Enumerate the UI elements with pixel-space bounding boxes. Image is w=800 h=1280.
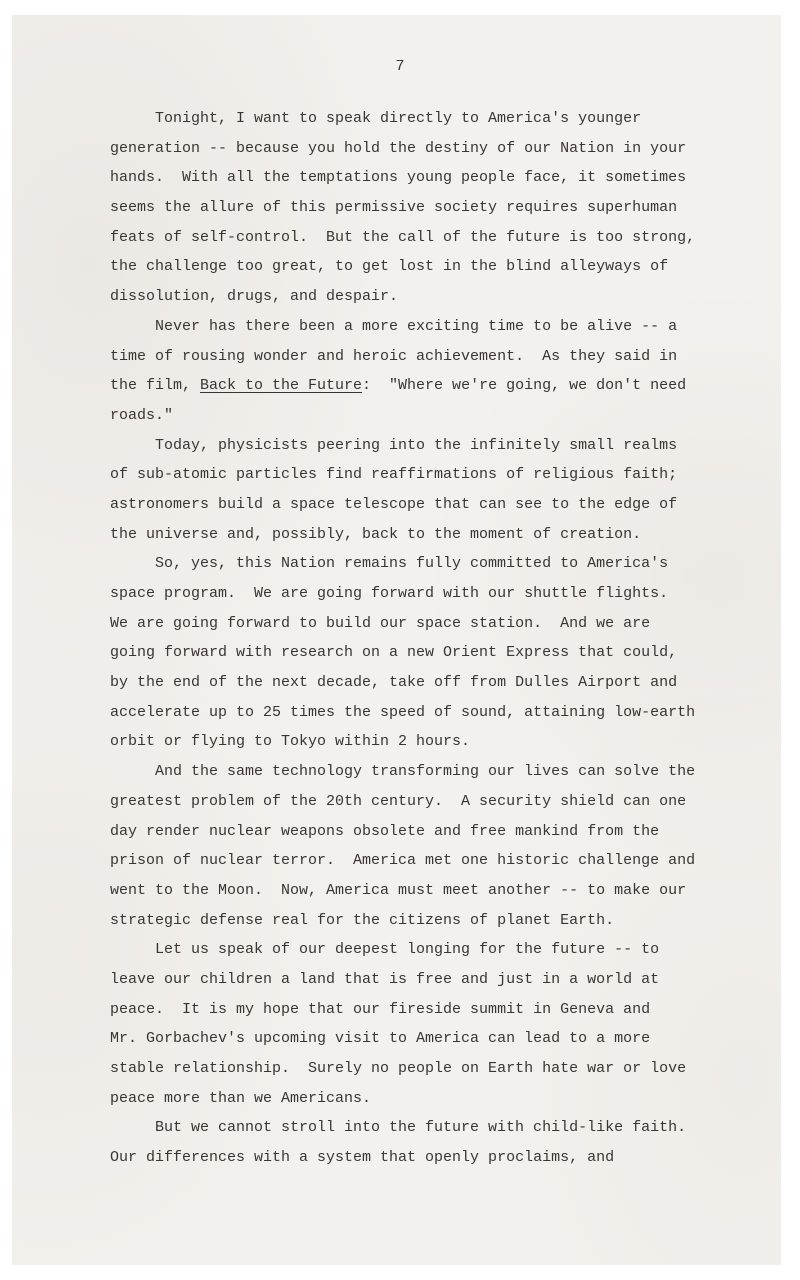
text-line: strategic defense real for the citizens … xyxy=(110,906,730,936)
text-line: Let us speak of our deepest longing for … xyxy=(110,935,730,965)
text-line: greatest problem of the 20th century. A … xyxy=(110,787,730,817)
page-number: 7 xyxy=(0,58,800,75)
text-line: hands. With all the temptations young pe… xyxy=(110,163,730,193)
text-line: Our differences with a system that openl… xyxy=(110,1143,730,1173)
text-line: But we cannot stroll into the future wit… xyxy=(110,1113,730,1143)
text-line: prison of nuclear terror. America met on… xyxy=(110,846,730,876)
text-line: So, yes, this Nation remains fully commi… xyxy=(110,549,730,579)
text-line: accelerate up to 25 times the speed of s… xyxy=(110,698,730,728)
text-line: day render nuclear weapons obsolete and … xyxy=(110,817,730,847)
text-line: peace. It is my hope that our fireside s… xyxy=(110,995,730,1025)
text-line: astronomers build a space telescope that… xyxy=(110,490,730,520)
text-line: dissolution, drugs, and despair. xyxy=(110,282,730,312)
text-line: time of rousing wonder and heroic achiev… xyxy=(110,342,730,372)
document-body: Tonight, I want to speak directly to Ame… xyxy=(110,104,730,1173)
text-line: going forward with research on a new Ori… xyxy=(110,638,730,668)
text-line: Tonight, I want to speak directly to Ame… xyxy=(110,104,730,134)
text-line: by the end of the next decade, take off … xyxy=(110,668,730,698)
text-line: the universe and, possibly, back to the … xyxy=(110,520,730,550)
text-line: the challenge too great, to get lost in … xyxy=(110,252,730,282)
paragraph: Never has there been a more exciting tim… xyxy=(110,312,730,431)
text-line: leave our children a land that is free a… xyxy=(110,965,730,995)
text-line: space program. We are going forward with… xyxy=(110,579,730,609)
text-line: Mr. Gorbachev's upcoming visit to Americ… xyxy=(110,1024,730,1054)
text-line: went to the Moon. Now, America must meet… xyxy=(110,876,730,906)
paragraph: Tonight, I want to speak directly to Ame… xyxy=(110,104,730,312)
text-line: peace more than we Americans. xyxy=(110,1084,730,1114)
text-segment: the film, xyxy=(110,377,200,394)
text-line: Never has there been a more exciting tim… xyxy=(110,312,730,342)
text-line: orbit or flying to Tokyo within 2 hours. xyxy=(110,727,730,757)
text-line: of sub-atomic particles find reaffirmati… xyxy=(110,460,730,490)
text-segment: : "Where we're going, we don't need xyxy=(362,377,686,394)
text-line: feats of self-control. But the call of t… xyxy=(110,223,730,253)
film-title-underlined: Back to the Future xyxy=(200,377,362,394)
text-line: Today, physicists peering into the infin… xyxy=(110,431,730,461)
paragraph: And the same technology transforming our… xyxy=(110,757,730,935)
text-line: We are going forward to build our space … xyxy=(110,609,730,639)
text-line: generation -- because you hold the desti… xyxy=(110,134,730,164)
text-line: seems the allure of this permissive soci… xyxy=(110,193,730,223)
text-line: roads." xyxy=(110,401,730,431)
paragraph: Today, physicists peering into the infin… xyxy=(110,431,730,550)
text-line: the film, Back to the Future: "Where we'… xyxy=(110,371,730,401)
paragraph: So, yes, this Nation remains fully commi… xyxy=(110,549,730,757)
paragraph: But we cannot stroll into the future wit… xyxy=(110,1113,730,1172)
text-line: And the same technology transforming our… xyxy=(110,757,730,787)
paragraph: Let us speak of our deepest longing for … xyxy=(110,935,730,1113)
text-line: stable relationship. Surely no people on… xyxy=(110,1054,730,1084)
